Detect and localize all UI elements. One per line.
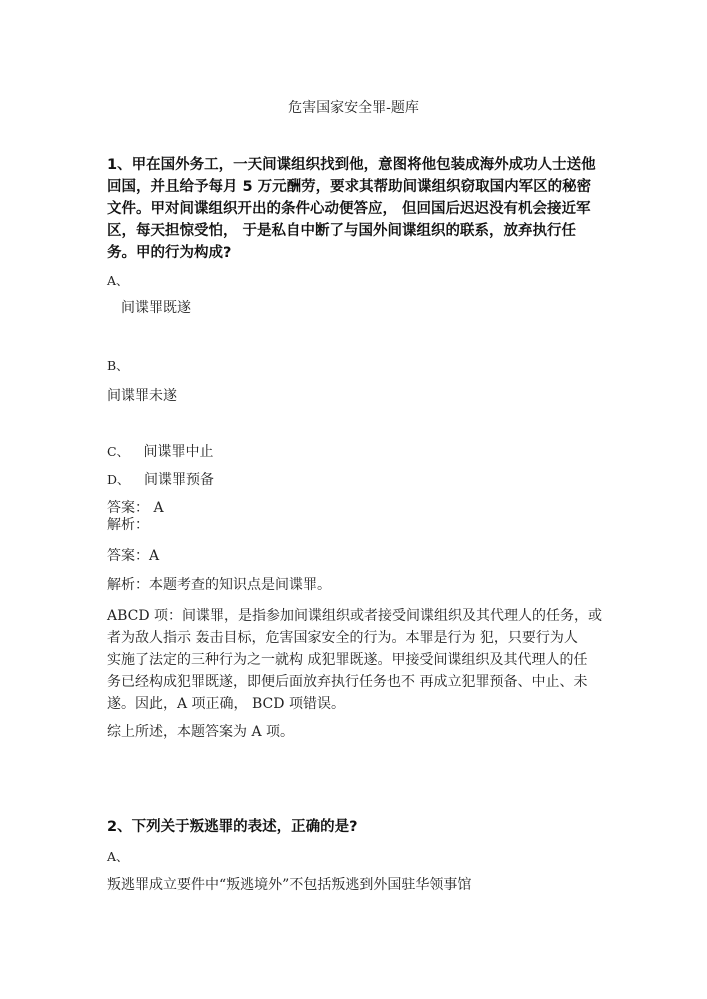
stem-line: 文件。甲对间谍组织开出的条件心动便答应， 但回国后迟迟没有机会接近军 xyxy=(107,198,607,220)
option-d-text: 间谍罪预备 xyxy=(144,472,214,488)
option-d-label: D、 xyxy=(107,472,130,487)
analysis-detail-line: ABCD 项：间谍罪，是指参加间谍组织或者接受间谍组织及其代理人的任务，或 xyxy=(107,605,607,627)
analysis-answer: 答案：A xyxy=(107,546,159,566)
option-c: C、 间谍罪中止 xyxy=(107,442,214,462)
analysis-detail-line: 遂。因此，A 项正确， BCD 项错误。 xyxy=(107,693,607,715)
analysis-detail-line: 实施了法定的三种行为之一就构 成犯罪既遂。甲接受间谍组织及其代理人的任 xyxy=(107,649,607,671)
option-b-label: B、 xyxy=(107,356,129,376)
stem-line: 区，每天担惊受怕， 于是私自中断了与国外间谍组织的联系，放弃执行任 xyxy=(107,220,607,242)
analysis-knowledge: 解析：本题考查的知识点是间谍罪。 xyxy=(107,575,331,595)
stem-line: 务。甲的行为构成? xyxy=(107,242,607,264)
question-2-stem: 2、下列关于叛逃罪的表述，正确的是? xyxy=(107,816,607,838)
stem-line: 1、甲在国外务工，一天间谍组织找到他，意图将他包装成海外成功人士送他 xyxy=(107,154,607,176)
option-c-text: 间谍罪中止 xyxy=(144,444,214,460)
analysis-label: 解析： xyxy=(107,515,149,535)
stem-line: 回国，并且给予每月 5 万元酬劳，要求其帮助间谍组织窃取国内军区的秘密 xyxy=(107,176,607,198)
analysis-detail-line: 务已经构成犯罪既遂，即便后面放弃执行任务也不 再成立犯罪预备、中止、未 xyxy=(107,671,607,693)
option-c-label: C、 xyxy=(107,444,129,459)
analysis-detail-line: 者为敌人指示 轰击目标，危害国家安全的行为。本罪是行为 犯，只要行为人 xyxy=(107,627,607,649)
page-title: 危害国家安全罪-题库 xyxy=(0,97,707,117)
option-d: D、 间谍罪预备 xyxy=(107,470,214,490)
question-1-stem: 1、甲在国外务工，一天间谍组织找到他，意图将他包装成海外成功人士送他 回国，并且… xyxy=(107,154,607,264)
option-b-text: 间谍罪未遂 xyxy=(107,386,177,406)
option-a-text: 间谍罪既遂 xyxy=(121,298,191,318)
analysis-summary: 综上所述，本题答案为 A 项。 xyxy=(107,722,294,742)
option-a-label: A、 xyxy=(107,271,129,291)
q2-option-a-label: A、 xyxy=(107,847,129,867)
q2-option-a-text: 叛逃罪成立要件中“叛逃境外”不包括叛逃到外国驻华领事馆 xyxy=(107,875,471,895)
analysis-detail: ABCD 项：间谍罪，是指参加间谍组织或者接受间谍组织及其代理人的任务，或 者为… xyxy=(107,605,607,715)
